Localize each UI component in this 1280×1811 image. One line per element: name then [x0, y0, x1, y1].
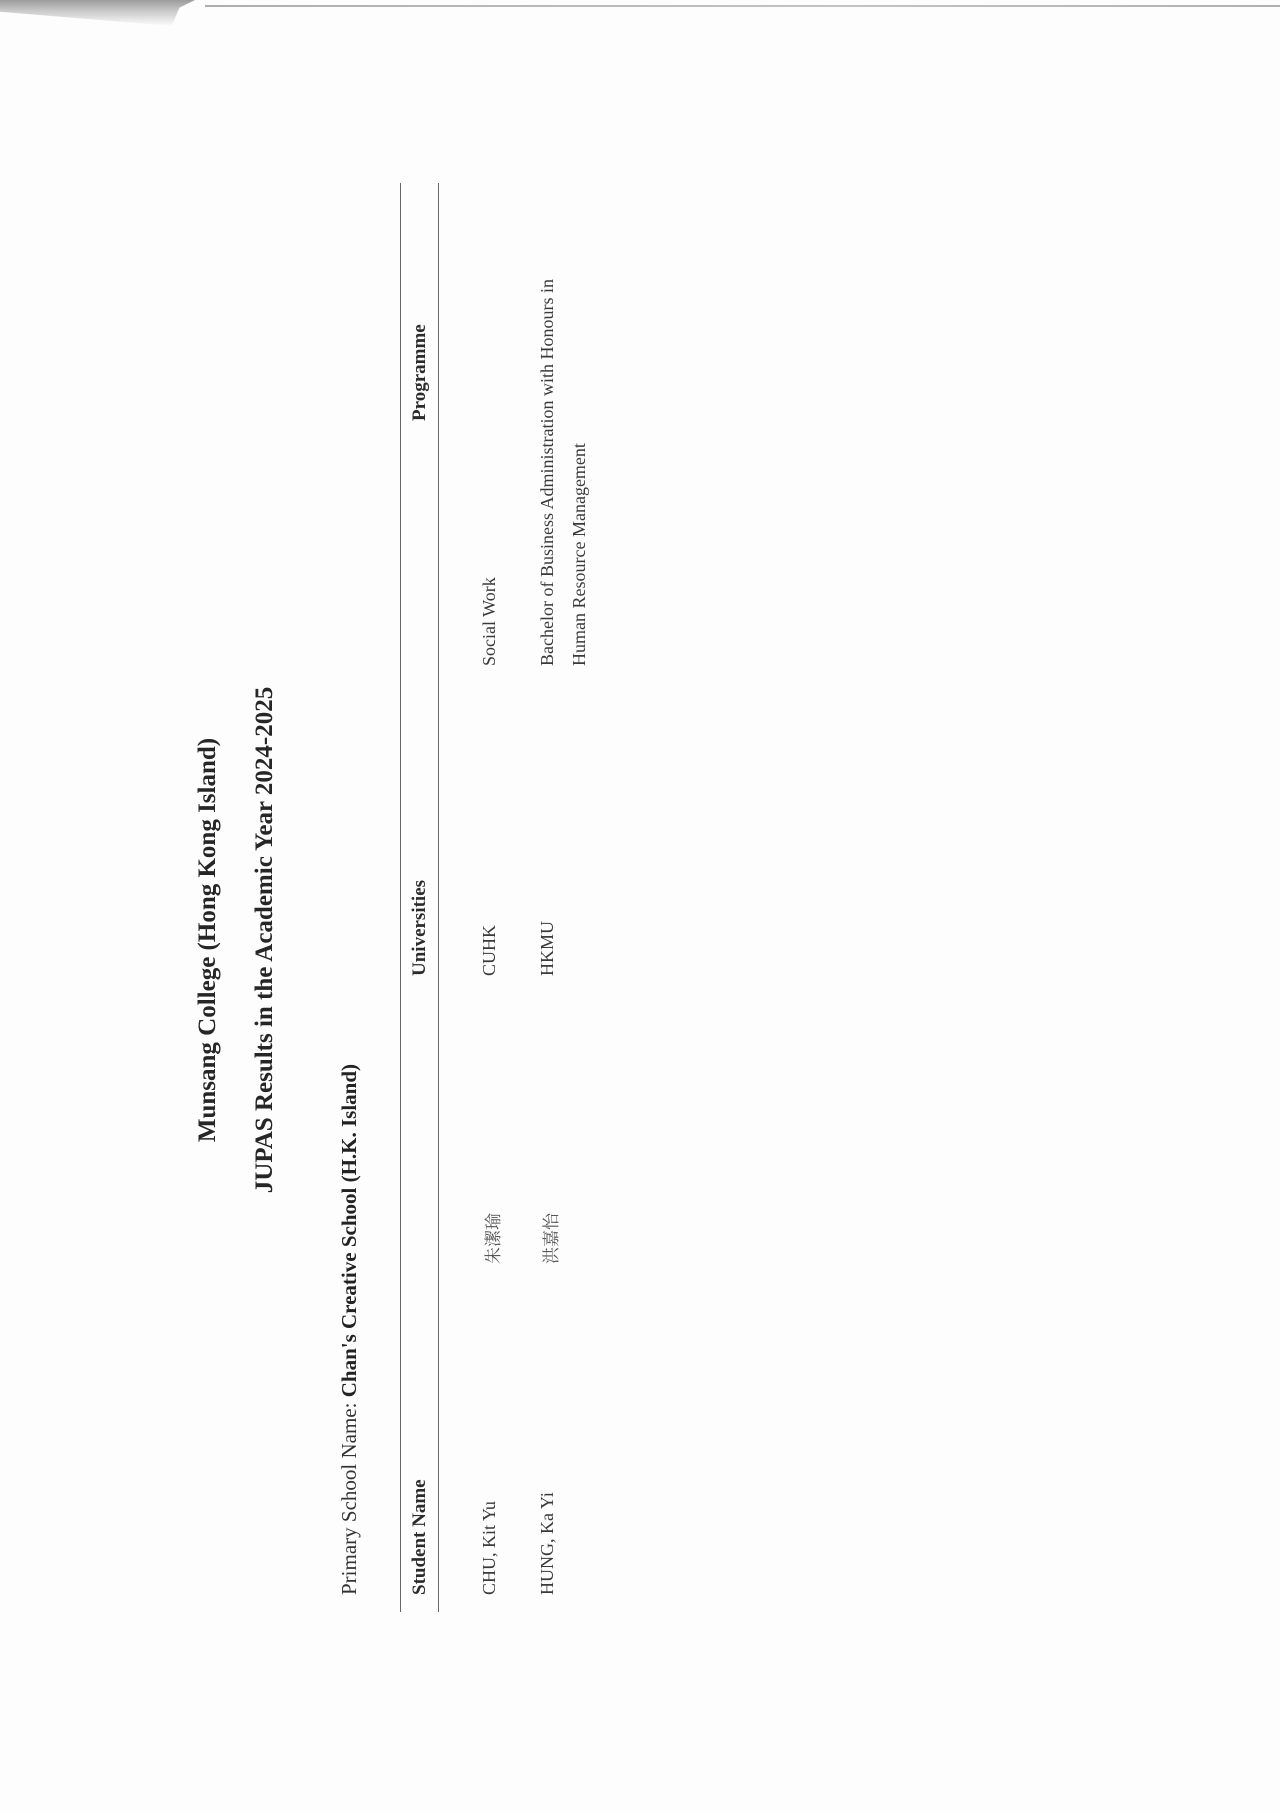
header-student-name: Student Name	[409, 1479, 431, 1595]
row-2-name-en: HUNG, Ka Yi	[537, 1492, 558, 1595]
institution-title: Munsang College (Hong Kong Island)	[194, 69, 222, 1811]
document-page: Munsang College (Hong Kong Island) JUPAS…	[0, 0, 1280, 1811]
row-2-programme-line-2: Human Resource Management	[569, 443, 590, 666]
row-2-programme-line-1: Bachelor of Business Administration with…	[537, 279, 558, 666]
header-universities: Universities	[409, 880, 431, 976]
row-2-name-zh: 洪嘉怡	[537, 1213, 562, 1264]
row-1-university: CUHK	[479, 925, 500, 976]
primary-school-name: Chan's Creative School (H.K. Island)	[337, 1064, 361, 1397]
report-title: JUPAS Results in the Academic Year 2024-…	[251, 69, 279, 1811]
row-2-university: HKMU	[537, 921, 558, 976]
primary-school-line: Primary School Name: Chan's Creative Sch…	[337, 1064, 362, 1595]
header-programme: Programme	[409, 324, 431, 421]
table-header-rule	[438, 183, 439, 1612]
primary-school-label: Primary School Name:	[337, 1397, 361, 1595]
row-1-programme: Social Work	[479, 577, 500, 666]
row-1-name-en: CHU, Kit Yu	[479, 1501, 500, 1595]
table-top-rule	[400, 183, 401, 1612]
row-1-name-zh: 朱潔瑜	[479, 1213, 504, 1264]
